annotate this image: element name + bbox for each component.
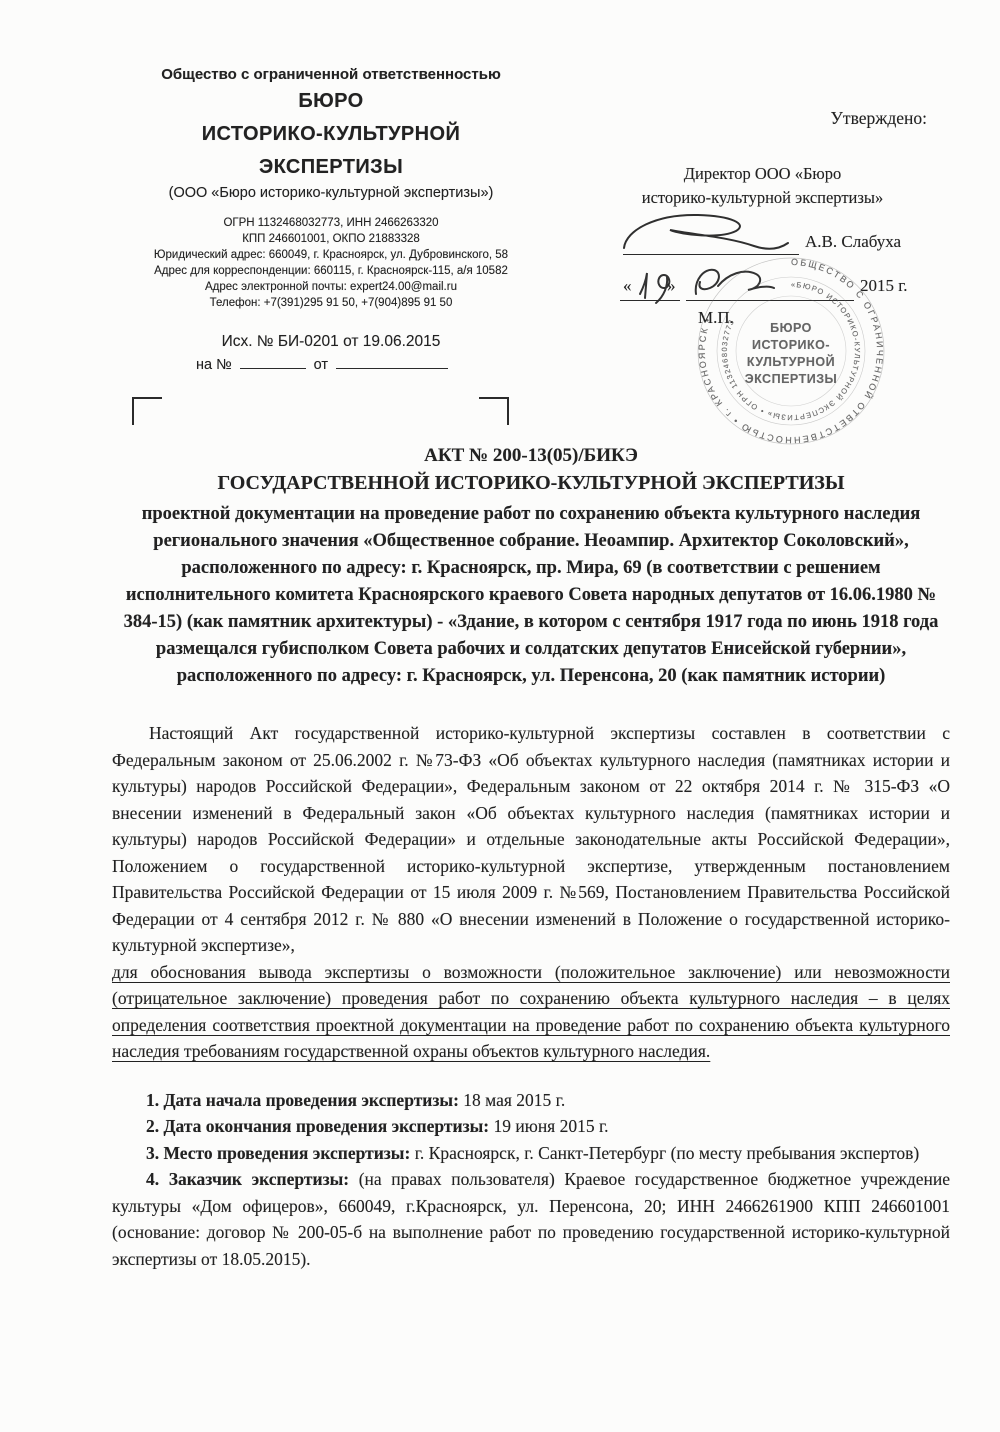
item-label: 3. Место проведения экспертизы: <box>146 1143 410 1163</box>
document-title: АКТ № 200-13(05)/БИКЭ ГОСУДАРСТВЕННОЙ ИС… <box>110 444 952 690</box>
org-details-line: Адрес для корреспонденции: 660115, г. Кр… <box>96 263 566 279</box>
stamp-center-line: ЭКСПЕРТИЗЫ <box>745 372 838 386</box>
signature-icon <box>616 204 796 258</box>
approved-label: Утверждено: <box>831 108 927 129</box>
act-type-title: ГОСУДАРСТВЕННОЙ ИСТОРИКО-КУЛЬТУРНОЙ ЭКСП… <box>110 468 952 498</box>
item-text: 19 июня 2015 г. <box>494 1116 609 1136</box>
scanned-document-page: Общество с ограниченной ответственностью… <box>0 0 1000 1432</box>
item-label: 2. Дата окончания проведения экспертизы: <box>146 1116 489 1136</box>
reply-from-label: от <box>314 357 328 373</box>
document-body: Настоящий Акт государственной историко-к… <box>112 720 950 1272</box>
org-details-line: КПП 246601001, ОКПО 21883328 <box>96 231 566 247</box>
org-details-line: ОГРН 1132468032773, ИНН 2466263320 <box>96 215 566 231</box>
stamp-center-line: КУЛЬТУРНОЙ <box>747 354 835 369</box>
org-details-line: Телефон: +7(391)295 91 50, +7(904)895 91… <box>96 295 566 311</box>
act-subject: проектной документации на проведение раб… <box>110 501 952 690</box>
expertise-item: 2. Дата окончания проведения экспертизы:… <box>112 1113 950 1140</box>
org-alt-name: (ООО «Бюро историко-культурной экспертиз… <box>96 185 566 201</box>
outgoing-ref-line: Исх. № БИ-0201 от 19.06.2015 <box>96 333 566 351</box>
blank-underline <box>336 356 448 369</box>
item-label: 1. Дата начала проведения экспертизы: <box>146 1090 459 1110</box>
date-quote-open: « <box>623 276 632 296</box>
org-details: ОГРН 1132468032773, ИНН 2466263320 КПП 2… <box>96 215 566 311</box>
org-type-line: Общество с ограниченной ответственностью <box>96 66 566 83</box>
signer-name: А.В. Слабуха <box>805 232 901 252</box>
body-paragraph-intro: Настоящий Акт государственной историко-к… <box>112 720 950 959</box>
org-name-line: ИСТОРИКО-КУЛЬТУРНОЙ <box>96 120 566 149</box>
body-paragraph-underlined: для обоснования вывода экспертизы о возм… <box>112 959 950 1065</box>
act-number-title: АКТ № 200-13(05)/БИКЭ <box>110 444 952 468</box>
item-label: 4. Заказчик экспертизы: <box>146 1169 349 1189</box>
day-underline <box>620 300 680 301</box>
reply-on-label: на № <box>196 357 232 373</box>
org-details-line: Адрес электронной почты: expert24.00@mai… <box>96 279 566 295</box>
letterhead: Общество с ограниченной ответственностью… <box>96 66 566 373</box>
reply-ref-line: на №от <box>96 356 566 373</box>
director-title: Директор ООО «Бюро историко-культурной э… <box>590 162 935 210</box>
expertise-item: 1. Дата начала проведения экспертизы: 18… <box>112 1087 950 1114</box>
expertise-items: 1. Дата начала проведения экспертизы: 18… <box>112 1087 950 1273</box>
corner-bracket-right <box>479 397 509 425</box>
director-line: Директор ООО «Бюро <box>590 162 935 186</box>
item-text: г. Красноярск, г. Санкт-Петербург (по ме… <box>415 1143 920 1163</box>
stamp-center-line: ИСТОРИКО- <box>752 338 830 352</box>
expertise-item: 4. Заказчик экспертизы: (на правах польз… <box>112 1166 950 1272</box>
corner-bracket-left <box>132 397 162 425</box>
date-quote-close: » <box>667 276 676 296</box>
expertise-item: 3. Место проведения экспертизы: г. Красн… <box>112 1140 950 1167</box>
blank-underline <box>240 356 306 369</box>
org-name-line: БЮРО <box>96 87 566 116</box>
company-seal-stamp: ОБЩЕСТВО С ОГРАНИЧЕННОЙ ОТВЕТСТВЕННОСТЬЮ… <box>690 252 892 450</box>
item-text: 18 мая 2015 г. <box>463 1090 565 1110</box>
org-name-line: ЭКСПЕРТИЗЫ <box>96 153 566 182</box>
stamp-center-line: БЮРО <box>770 321 812 335</box>
org-details-line: Юридический адрес: 660049, г. Красноярск… <box>96 247 566 263</box>
